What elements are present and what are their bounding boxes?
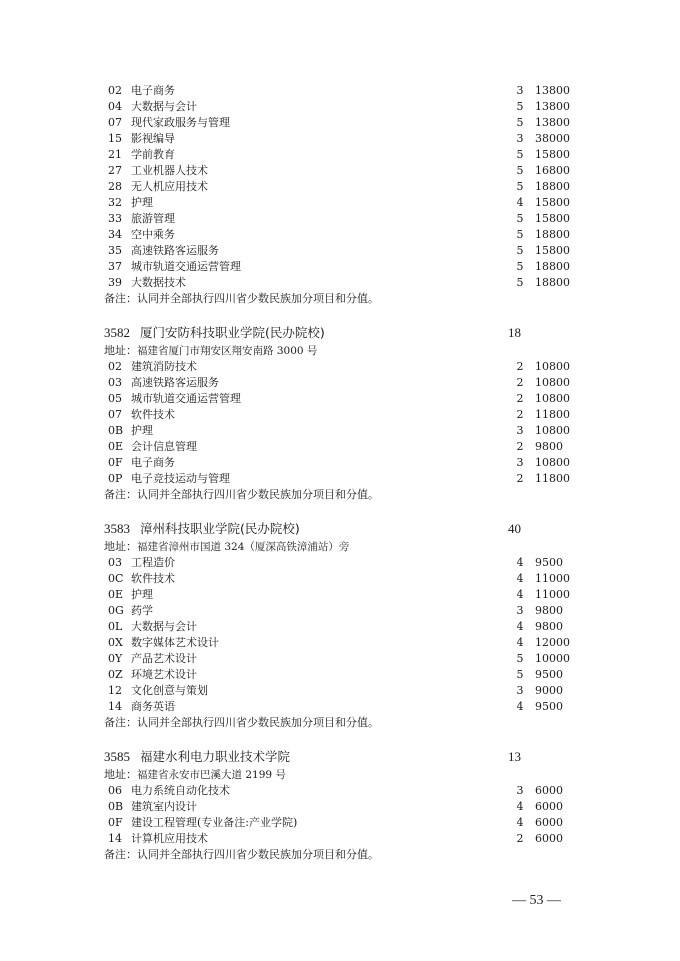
major-row: 14计算机应用技术26000: [104, 831, 584, 847]
school-header: 3583漳州科技职业学院(民办院校)40: [104, 519, 584, 539]
major-row: 35高速铁路客运服务515800: [104, 243, 584, 259]
continued-major-list: 02电子商务313800 04大数据与会计513800 07现代家政服务与管理5…: [104, 83, 584, 307]
address-text: 福建省漳州市国道 324（厦深高铁漳浦站）旁: [137, 541, 349, 553]
major-fee: 6000: [535, 815, 563, 831]
major-fee: 13800: [535, 115, 570, 131]
major-fee: 18800: [535, 275, 570, 291]
school-address: 地址：福建省漳州市国道 324（厦深高铁漳浦站）旁: [104, 539, 584, 555]
major-name: 影视编导: [131, 131, 175, 147]
major-fee: 10800: [535, 359, 570, 375]
major-years: 5: [514, 179, 526, 195]
major-row: 0C软件技术411000: [104, 571, 584, 587]
major-code: 0C: [108, 571, 123, 587]
major-name: 高速铁路客运服务: [131, 375, 219, 391]
major-years: 4: [514, 635, 526, 651]
major-row: 21学前教育515800: [104, 147, 584, 163]
major-years: 3: [514, 603, 526, 619]
address-text: 福建省永安市巴溪大道 2199 号: [137, 769, 286, 781]
major-row: 0B护理310800: [104, 423, 584, 439]
major-row: 0Y产品艺术设计510000: [104, 651, 584, 667]
major-row: 0P电子竞技运动与管理211800: [104, 471, 584, 487]
major-fee: 9800: [535, 603, 563, 619]
major-years: 5: [514, 275, 526, 291]
major-row: 0L大数据与会计49800: [104, 619, 584, 635]
school-quota: 13: [508, 747, 521, 767]
major-years: 5: [514, 667, 526, 683]
major-years: 3: [514, 683, 526, 699]
major-code: 0B: [108, 423, 123, 439]
address-label: 地址：: [104, 768, 137, 781]
major-fee: 10800: [535, 423, 570, 439]
major-code: 0L: [108, 619, 122, 635]
remark-text: 认同并全部执行四川省少数民族加分项目和分值。: [137, 848, 379, 861]
major-years: 4: [514, 195, 526, 211]
major-fee: 11000: [535, 587, 570, 603]
school-header: 3582厦门安防科技职业学院(民办院校)18: [104, 323, 584, 343]
major-code: 0B: [108, 799, 123, 815]
major-code: 0P: [108, 471, 122, 487]
major-years: 5: [514, 243, 526, 259]
major-row: 14商务英语49500: [104, 699, 584, 715]
remark-line: 备注：认同并全部执行四川省少数民族加分项目和分值。: [104, 291, 584, 307]
major-name: 电力系统自动化技术: [131, 783, 230, 799]
major-fee: 18800: [535, 259, 570, 275]
major-name: 无人机应用技术: [131, 179, 208, 195]
major-code: 0Y: [108, 651, 122, 667]
major-code: 15: [108, 131, 122, 147]
major-years: 2: [514, 391, 526, 407]
major-row: 03工程造价49500: [104, 555, 584, 571]
major-years: 3: [514, 131, 526, 147]
major-name: 建设工程管理(专业备注:产业学院): [131, 815, 297, 831]
major-fee: 18800: [535, 179, 570, 195]
major-fee: 6000: [535, 831, 563, 847]
major-fee: 13800: [535, 83, 570, 99]
major-row: 02建筑消防技术210800: [104, 359, 584, 375]
major-name: 文化创意与策划: [131, 683, 208, 699]
major-name: 计算机应用技术: [131, 831, 208, 847]
major-row: 15影视编导338000: [104, 131, 584, 147]
major-fee: 18800: [535, 227, 570, 243]
major-fee: 10800: [535, 455, 570, 471]
remark-label: 备注：: [104, 848, 137, 861]
major-code: 37: [108, 259, 122, 275]
major-code: 28: [108, 179, 122, 195]
major-code: 0G: [108, 603, 124, 619]
major-years: 5: [514, 115, 526, 131]
major-name: 高速铁路客运服务: [131, 243, 219, 259]
major-code: 14: [108, 699, 122, 715]
major-name: 工程造价: [131, 555, 175, 571]
major-code: 14: [108, 831, 122, 847]
major-name: 建筑室内设计: [131, 799, 197, 815]
school-section-3585: 3585福建水利电力职业技术学院13 地址：福建省永安市巴溪大道 2199 号 …: [104, 747, 584, 863]
remark-label: 备注：: [104, 292, 137, 305]
major-row: 04大数据与会计513800: [104, 99, 584, 115]
major-years: 5: [514, 651, 526, 667]
major-name: 空中乘务: [131, 227, 175, 243]
major-years: 5: [514, 147, 526, 163]
major-name: 护理: [131, 423, 153, 439]
major-years: 5: [514, 227, 526, 243]
major-row: 06电力系统自动化技术36000: [104, 783, 584, 799]
major-fee: 13800: [535, 99, 570, 115]
remark-text: 认同并全部执行四川省少数民族加分项目和分值。: [137, 716, 379, 729]
major-row: 03高速铁路客运服务210800: [104, 375, 584, 391]
major-years: 4: [514, 587, 526, 603]
major-row: 07现代家政服务与管理513800: [104, 115, 584, 131]
major-code: 02: [108, 83, 122, 99]
major-code: 0E: [108, 439, 123, 455]
school-address: 地址：福建省永安市巴溪大道 2199 号: [104, 767, 584, 783]
major-row: 05城市轨道交通运营管理210800: [104, 391, 584, 407]
major-fee: 15800: [535, 211, 570, 227]
major-code: 05: [108, 391, 122, 407]
page-number: — 53 —: [512, 893, 561, 909]
address-label: 地址：: [104, 344, 137, 357]
major-code: 04: [108, 99, 122, 115]
major-code: 33: [108, 211, 122, 227]
major-row: 0G药学39800: [104, 603, 584, 619]
school-address: 地址：福建省厦门市翔安区翔安南路 3000 号: [104, 343, 584, 359]
major-code: 0Z: [108, 667, 123, 683]
major-years: 2: [514, 407, 526, 423]
major-row: 32护理415800: [104, 195, 584, 211]
major-years: 4: [514, 619, 526, 635]
major-years: 5: [514, 259, 526, 275]
major-fee: 9800: [535, 619, 563, 635]
major-name: 现代家政服务与管理: [131, 115, 230, 131]
school-section-3582: 3582厦门安防科技职业学院(民办院校)18 地址：福建省厦门市翔安区翔安南路 …: [104, 323, 584, 503]
major-code: 0F: [108, 455, 123, 471]
major-years: 5: [514, 99, 526, 115]
major-years: 5: [514, 163, 526, 179]
major-row: 0E护理411000: [104, 587, 584, 603]
major-code: 21: [108, 147, 122, 163]
major-name: 电子商务: [131, 455, 175, 471]
school-id: 3583: [104, 519, 130, 539]
major-years: 3: [514, 83, 526, 99]
major-name: 软件技术: [131, 571, 175, 587]
major-row: 37城市轨道交通运营管理518800: [104, 259, 584, 275]
major-name: 大数据与会计: [131, 99, 197, 115]
major-fee: 15800: [535, 195, 570, 211]
major-years: 3: [514, 423, 526, 439]
major-row: 0E会计信息管理29800: [104, 439, 584, 455]
school-id: 3585: [104, 747, 130, 767]
major-code: 03: [108, 555, 122, 571]
major-years: 3: [514, 455, 526, 471]
major-name: 产品艺术设计: [131, 651, 197, 667]
school-name: 福建水利电力职业技术学院: [140, 747, 290, 767]
major-name: 电子竞技运动与管理: [131, 471, 230, 487]
major-name: 药学: [131, 603, 153, 619]
major-fee: 15800: [535, 243, 570, 259]
school-quota: 18: [508, 323, 521, 343]
major-name: 数字媒体艺术设计: [131, 635, 219, 651]
major-code: 39: [108, 275, 122, 291]
major-code: 07: [108, 407, 122, 423]
remark-text: 认同并全部执行四川省少数民族加分项目和分值。: [137, 292, 379, 305]
major-years: 4: [514, 571, 526, 587]
school-name: 厦门安防科技职业学院(民办院校): [140, 323, 325, 343]
major-code: 35: [108, 243, 122, 259]
major-row: 39大数据技术518800: [104, 275, 584, 291]
major-name: 会计信息管理: [131, 439, 197, 455]
major-code: 02: [108, 359, 122, 375]
address-label: 地址：: [104, 540, 137, 553]
remark-line: 备注：认同并全部执行四川省少数民族加分项目和分值。: [104, 715, 584, 731]
school-name: 漳州科技职业学院(民办院校): [140, 519, 300, 539]
major-name: 护理: [131, 587, 153, 603]
address-text: 福建省厦门市翔安区翔安南路 3000 号: [137, 345, 317, 357]
school-quota: 40: [508, 519, 521, 539]
major-years: 3: [514, 783, 526, 799]
major-years: 4: [514, 699, 526, 715]
major-code: 0F: [108, 815, 123, 831]
major-name: 软件技术: [131, 407, 175, 423]
major-name: 城市轨道交通运营管理: [131, 259, 241, 275]
major-code: 27: [108, 163, 122, 179]
school-id: 3582: [104, 323, 130, 343]
major-years: 5: [514, 211, 526, 227]
major-fee: 9500: [535, 699, 563, 715]
major-name: 大数据技术: [131, 275, 186, 291]
major-fee: 9500: [535, 555, 563, 571]
school-section-3583: 3583漳州科技职业学院(民办院校)40 地址：福建省漳州市国道 324（厦深高…: [104, 519, 584, 731]
remark-text: 认同并全部执行四川省少数民族加分项目和分值。: [137, 488, 379, 501]
major-name: 学前教育: [131, 147, 175, 163]
major-fee: 10800: [535, 375, 570, 391]
major-code: 03: [108, 375, 122, 391]
major-name: 城市轨道交通运营管理: [131, 391, 241, 407]
major-code: 12: [108, 683, 122, 699]
major-row: 0F建设工程管理(专业备注:产业学院)46000: [104, 815, 584, 831]
major-fee: 9500: [535, 667, 563, 683]
major-fee: 9000: [535, 683, 563, 699]
major-fee: 6000: [535, 799, 563, 815]
major-fee: 6000: [535, 783, 563, 799]
major-row: 33旅游管理515800: [104, 211, 584, 227]
major-name: 建筑消防技术: [131, 359, 197, 375]
major-years: 4: [514, 815, 526, 831]
major-years: 2: [514, 375, 526, 391]
major-years: 2: [514, 471, 526, 487]
major-name: 旅游管理: [131, 211, 175, 227]
major-row: 0X数字媒体艺术设计412000: [104, 635, 584, 651]
remark-line: 备注：认同并全部执行四川省少数民族加分项目和分值。: [104, 847, 584, 863]
remark-label: 备注：: [104, 716, 137, 729]
major-name: 护理: [131, 195, 153, 211]
major-code: 0E: [108, 587, 123, 603]
major-row: 28无人机应用技术518800: [104, 179, 584, 195]
major-row: 0Z环境艺术设计59500: [104, 667, 584, 683]
major-code: 34: [108, 227, 122, 243]
major-row: 34空中乘务518800: [104, 227, 584, 243]
major-fee: 16800: [535, 163, 570, 179]
major-name: 环境艺术设计: [131, 667, 197, 683]
major-code: 32: [108, 195, 122, 211]
major-fee: 11000: [535, 571, 570, 587]
document-page: 02电子商务313800 04大数据与会计513800 07现代家政服务与管理5…: [104, 83, 584, 863]
major-fee: 38000: [535, 131, 570, 147]
major-row: 0B建筑室内设计46000: [104, 799, 584, 815]
major-fee: 15800: [535, 147, 570, 163]
major-fee: 9800: [535, 439, 563, 455]
major-fee: 11800: [535, 471, 570, 487]
major-years: 2: [514, 439, 526, 455]
major-name: 商务英语: [131, 699, 175, 715]
major-name: 工业机器人技术: [131, 163, 208, 179]
major-fee: 12000: [535, 635, 570, 651]
major-years: 4: [514, 555, 526, 571]
major-years: 4: [514, 799, 526, 815]
major-row: 12文化创意与策划39000: [104, 683, 584, 699]
major-code: 06: [108, 783, 122, 799]
major-row: 0F电子商务310800: [104, 455, 584, 471]
remark-line: 备注：认同并全部执行四川省少数民族加分项目和分值。: [104, 487, 584, 503]
major-row: 27工业机器人技术516800: [104, 163, 584, 179]
school-header: 3585福建水利电力职业技术学院13: [104, 747, 584, 767]
major-code: 0X: [108, 635, 123, 651]
major-years: 2: [514, 831, 526, 847]
remark-label: 备注：: [104, 488, 137, 501]
major-name: 大数据与会计: [131, 619, 197, 635]
major-name: 电子商务: [131, 83, 175, 99]
major-fee: 11800: [535, 407, 570, 423]
major-years: 2: [514, 359, 526, 375]
major-code: 07: [108, 115, 122, 131]
major-fee: 10000: [535, 651, 570, 667]
major-row: 02电子商务313800: [104, 83, 584, 99]
major-row: 07软件技术211800: [104, 407, 584, 423]
major-fee: 10800: [535, 391, 570, 407]
